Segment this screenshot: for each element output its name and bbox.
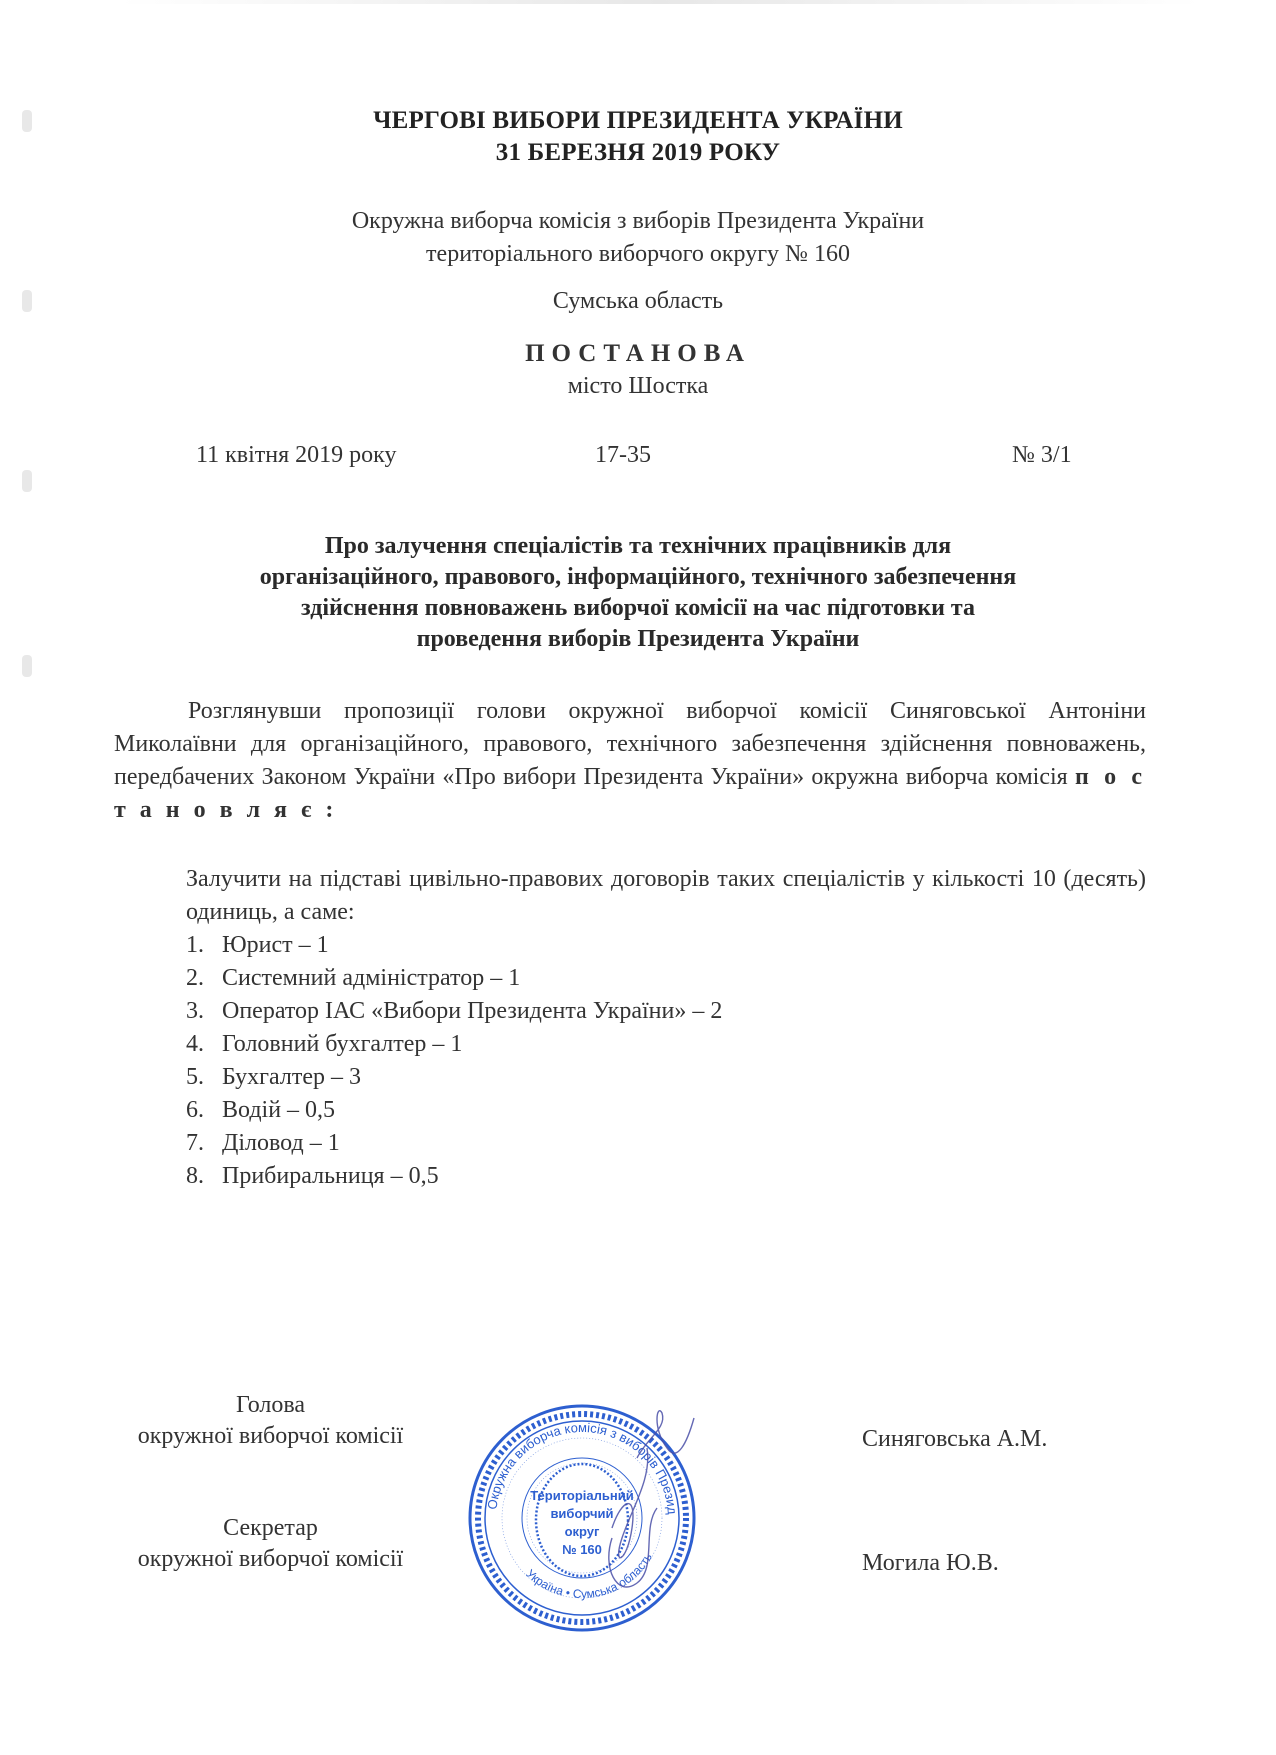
staff-list: 1.Юрист – 1 2.Системний адміністратор – … — [186, 929, 1146, 1193]
decree-date: 11 квітня 2019 року — [196, 442, 396, 469]
official-stamp-icon: Окружна виборча комісія з виборів Презид… — [462, 1398, 702, 1638]
list-item: 2.Системний адміністратор – 1 — [186, 962, 1146, 995]
decree-title-line: Про залучення спеціалістів та технічних … — [0, 533, 1276, 560]
preamble-text: Розглянувши пропозиції голови окружної в… — [114, 698, 1146, 790]
secretary-signature-block: Секретар окружної виборчої комісії — [108, 1513, 433, 1575]
decree-number: № 3/1 — [1012, 442, 1072, 469]
region: Сумська область — [0, 288, 1276, 315]
scan-artifact — [22, 470, 32, 492]
decree-title-line: проведення виборів Президента України — [0, 626, 1276, 653]
resolution-intro: Залучити на підставі цивільно-правових д… — [186, 863, 1146, 929]
preamble-paragraph: Розглянувши пропозиції голови окружної в… — [114, 695, 1146, 827]
election-title: ЧЕРГОВІ ВИБОРИ ПРЕЗИДЕНТА УКРАЇНИ — [0, 107, 1276, 135]
election-date: 31 БЕРЕЗНЯ 2019 РОКУ — [0, 139, 1276, 167]
svg-text:виборчий: виборчий — [550, 1506, 613, 1521]
svg-text:округ: округ — [565, 1524, 600, 1539]
city: місто Шостка — [0, 373, 1276, 400]
chair-name: Синяговська А.М. — [862, 1426, 1047, 1453]
list-item: 4.Головний бухгалтер – 1 — [186, 1028, 1146, 1061]
list-item: 1.Юрист – 1 — [186, 929, 1146, 962]
resolution-block: Залучити на підставі цивільно-правових д… — [186, 863, 1146, 1193]
chair-role: Голова — [108, 1390, 433, 1421]
list-item: 6.Водій – 0,5 — [186, 1094, 1146, 1127]
secretary-name: Могила Ю.В. — [862, 1550, 999, 1577]
svg-text:Територіальний: Територіальний — [530, 1488, 633, 1503]
secretary-role: Секретар — [108, 1513, 433, 1544]
svg-text:№ 160: № 160 — [562, 1542, 602, 1557]
decree-title-line: здійснення повноважень виборчої комісії … — [0, 595, 1276, 622]
secretary-body: окружної виборчої комісії — [108, 1544, 433, 1575]
list-item: 3.Оператор ІАС «Вибори Президента Україн… — [186, 995, 1146, 1028]
list-item: 7.Діловод – 1 — [186, 1127, 1146, 1160]
scan-edge — [120, 0, 1200, 4]
decree-title-line: організаційного, правового, інформаційно… — [0, 564, 1276, 591]
list-item: 5.Бухгалтер – 3 — [186, 1061, 1146, 1094]
scan-artifact — [22, 655, 32, 677]
doc-type: ПОСТАНОВА — [0, 340, 1276, 368]
chair-signature-block: Голова окружної виборчої комісії — [108, 1390, 433, 1452]
commission-district: територіального виборчого округу № 160 — [0, 241, 1276, 268]
decree-time: 17-35 — [595, 442, 651, 469]
commission-name: Окружна виборча комісія з виборів Презид… — [0, 208, 1276, 235]
chair-body: окружної виборчої комісії — [108, 1421, 433, 1452]
list-item: 8.Прибиральниця – 0,5 — [186, 1160, 1146, 1193]
